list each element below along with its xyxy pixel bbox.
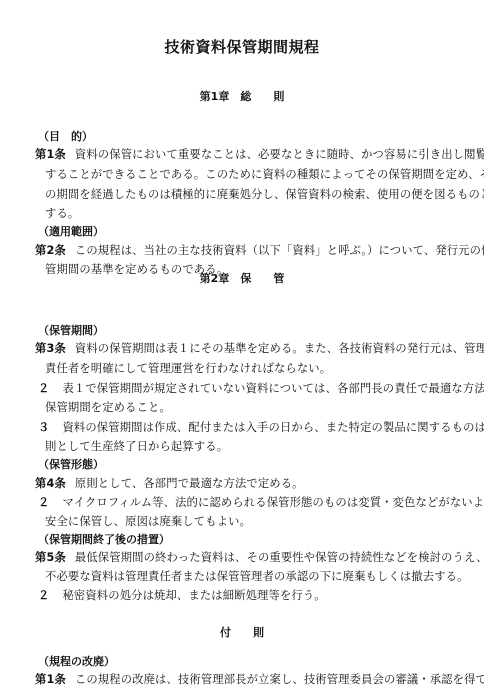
article-3-item-3-line-2: 則として生産終了日から起算する。 (45, 438, 228, 454)
chapter-1-heading: 第1章 総 則 (0, 88, 484, 104)
article-4-item-2-line-1: ２マイクロフィルム等、法的に認められる保管形態のものは変質・変色などがないよう (35, 494, 484, 510)
section-caption-post-retention: （保管期間終了後の措置） (38, 531, 170, 547)
section-caption-scope: （適用範囲） (38, 223, 104, 239)
article-label: 第1条 (35, 148, 66, 161)
article-4-line-1: 第4条原則として、各部門で最適な方法で定める。 (35, 475, 304, 491)
item-number: ２ (38, 589, 49, 602)
article-3-line-2: 責任者を明確にして管理運営を行わなければならない。 (45, 360, 331, 376)
document-page: 技術資料保管期間規程 第1章 総 則 （目 的） 第1条資料の保管において重要な… (0, 0, 484, 691)
article-3-line-1: 第3条資料の保管期間は表１にその基準を定める。また、各技術資料の発行元は、管理 (35, 340, 484, 356)
chapter-2-heading: 第2章 保 管 (0, 270, 484, 286)
supplementary-heading: 付 則 (0, 624, 484, 640)
article-label: 第5条 (35, 551, 66, 564)
article-3-item-2-line-1: ２表１で保管期間が規定されていない資料については、各部門長の責任で最適な方法で (35, 380, 484, 396)
section-caption-amendment: （規程の改廃） (38, 653, 115, 669)
item-number: ２ (38, 382, 49, 395)
article-5-item-2-line-1: ２秘密資料の処分は焼却、または細断処理等を行う。 (35, 587, 326, 603)
article-1-line-4: する。 (45, 205, 79, 221)
section-caption-storage-form: （保管形態） (38, 456, 104, 472)
supplementary-article-1-line-1: 第1条この規程の改廃は、技術管理部長が立案し、技術管理委員会の審議・承認を得て (35, 671, 484, 687)
article-5-line-2: 不必要な資料は管理責任者または保管管理者の承認の下に廃棄もしくは撤去する。 (45, 568, 469, 584)
article-4-item-2-line-2: 安全に保管し、原図は廃棄してもよい。 (45, 513, 251, 529)
article-1-line-3: の期間を経過したものは積極的に廃棄処分し、保管資料の検索、使用の便を図るものと (45, 186, 484, 202)
article-3-item-2-line-2: 保管期間を定めること。 (45, 399, 171, 415)
document-title: 技術資料保管期間規程 (0, 36, 484, 57)
item-number: ２ (38, 496, 49, 509)
article-3-item-3-line-1: ３資料の保管期間は作成、配付または入手の日から、また特定の製品に関するものは原 (35, 419, 484, 435)
article-label: 第3条 (35, 342, 66, 355)
article-label: 第4条 (35, 477, 66, 490)
item-number: ３ (38, 421, 49, 434)
article-1-line-1: 第1条資料の保管において重要なことは、必要なときに随時、かつ容易に引き出し閲覧 (35, 146, 484, 162)
article-1-line-2: することができることである。このために資料の種類によってその保管期間を定め、そ (45, 166, 484, 182)
article-label: 第2条 (35, 244, 66, 257)
section-caption-purpose: （目 的） (38, 128, 93, 144)
article-2-line-1: 第2条この規程は、当社の主な技術資料（以下「資料」と呼ぶ。）について、発行元の保 (35, 242, 484, 258)
section-caption-retention-period: （保管期間） (38, 322, 104, 338)
article-5-line-1: 第5条最低保管期間の終わった資料は、その重要性や保管の持続性などを検討のうえ、 (35, 549, 484, 565)
article-label: 第1条 (35, 673, 66, 686)
